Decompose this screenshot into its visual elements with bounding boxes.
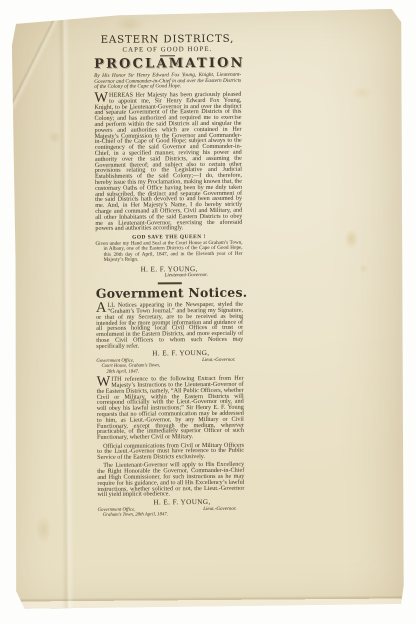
attestation-clause: Given under my Hand and Seal at the Cour… — [95, 240, 242, 263]
signature-title: Lieut.-Governor. — [202, 358, 243, 364]
signature-block-notice-2: H. E. F. YOUNG, Government Office, Graha… — [97, 498, 244, 518]
proclamation-body: WHEREAS Her Majesty has been graciously … — [94, 92, 242, 232]
notice-2-text-1: ITH reference to the following Extract f… — [97, 375, 244, 441]
proclamation-title: PROCLAMATION — [94, 57, 241, 72]
dogear-top-right-corner — [383, 6, 403, 26]
government-notices-heading: Government Notices. — [96, 286, 243, 301]
office-address: Government Office, Graham’s Town, 28th A… — [98, 507, 168, 518]
office-address: Government Office, Court House, Graham’s… — [96, 359, 160, 375]
notice-1-paragraph: ALL Notices appearing in the Newspaper, … — [96, 302, 243, 350]
notice-2-paragraph-1: WITH reference to the following Extract … — [97, 376, 244, 441]
masthead-region-title: EASTERN DISTRICTS, — [94, 34, 241, 46]
signature-detail-row: Government Office, Court House, Graham’s… — [96, 358, 243, 375]
signature-title: Lieut.-Governor. — [203, 507, 244, 513]
office-line: 28th April, 1847. — [96, 369, 160, 375]
paper-sheet: EASTERN DISTRICTS, CAPE OF GOOD HOPE. PR… — [10, 6, 408, 610]
signature-title: Lieutenant-Governor. — [130, 273, 243, 279]
section-divider-rule — [157, 282, 181, 284]
masthead-colony-title: CAPE OF GOOD HOPE. — [94, 46, 241, 54]
signature-block-proclamation: H. E. F. YOUNG, Lieutenant-Governor. — [96, 265, 243, 279]
notice-2-paragraph-3: The Lieutenant-Governor will apply to Hi… — [97, 462, 244, 498]
scanned-broadside-photo: EASTERN DISTRICTS, CAPE OF GOOD HOPE. PR… — [0, 0, 416, 624]
proclamation-body-text: HEREAS Her Majesty has been graciously p… — [94, 91, 242, 232]
office-line: Graham’s Town, 28th April, 1847. — [98, 512, 168, 518]
signature-detail-row: Government Office, Graham’s Town, 28th A… — [98, 507, 245, 519]
proclamation-byline: By His Honor Sir Henry Edward Fox Young,… — [94, 73, 241, 91]
printed-column: EASTERN DISTRICTS, CAPE OF GOOD HOPE. PR… — [94, 34, 245, 518]
notice-2-paragraph-2: Official communications from Civil or Mi… — [97, 442, 244, 461]
notice-1-text: LL Notices appearing in the Newspaper, s… — [96, 301, 243, 350]
signature-block-notice-1: H. E. F. YOUNG, Government Office, Court… — [96, 350, 243, 375]
